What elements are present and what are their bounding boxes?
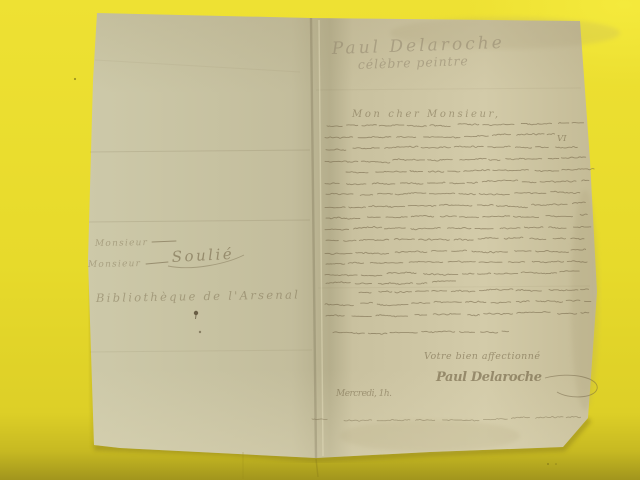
- body-fragment-charles-vi: VI: [557, 134, 567, 144]
- ink-blot-tail: [196, 315, 197, 319]
- ink-speck: [199, 331, 201, 333]
- ink-blot: [194, 311, 198, 315]
- dust-speck: [555, 463, 557, 465]
- closing-text: Votre bien affectionné: [424, 351, 540, 362]
- letter-photograph: Paul Delaroche célèbre peintre Mon cher …: [0, 0, 640, 480]
- address-courtesy-2: Monsieur: [87, 259, 141, 270]
- dust-speck: [547, 463, 549, 465]
- date-line: Mercredi, 1h.: [335, 389, 392, 399]
- dust-speck: [74, 78, 76, 80]
- paper-stain: [340, 420, 520, 452]
- signature-text: Paul Delaroche: [435, 370, 542, 385]
- address-courtesy-1: Monsieur: [94, 238, 148, 249]
- photo-canvas: Paul Delaroche célèbre peintre Mon cher …: [0, 0, 640, 480]
